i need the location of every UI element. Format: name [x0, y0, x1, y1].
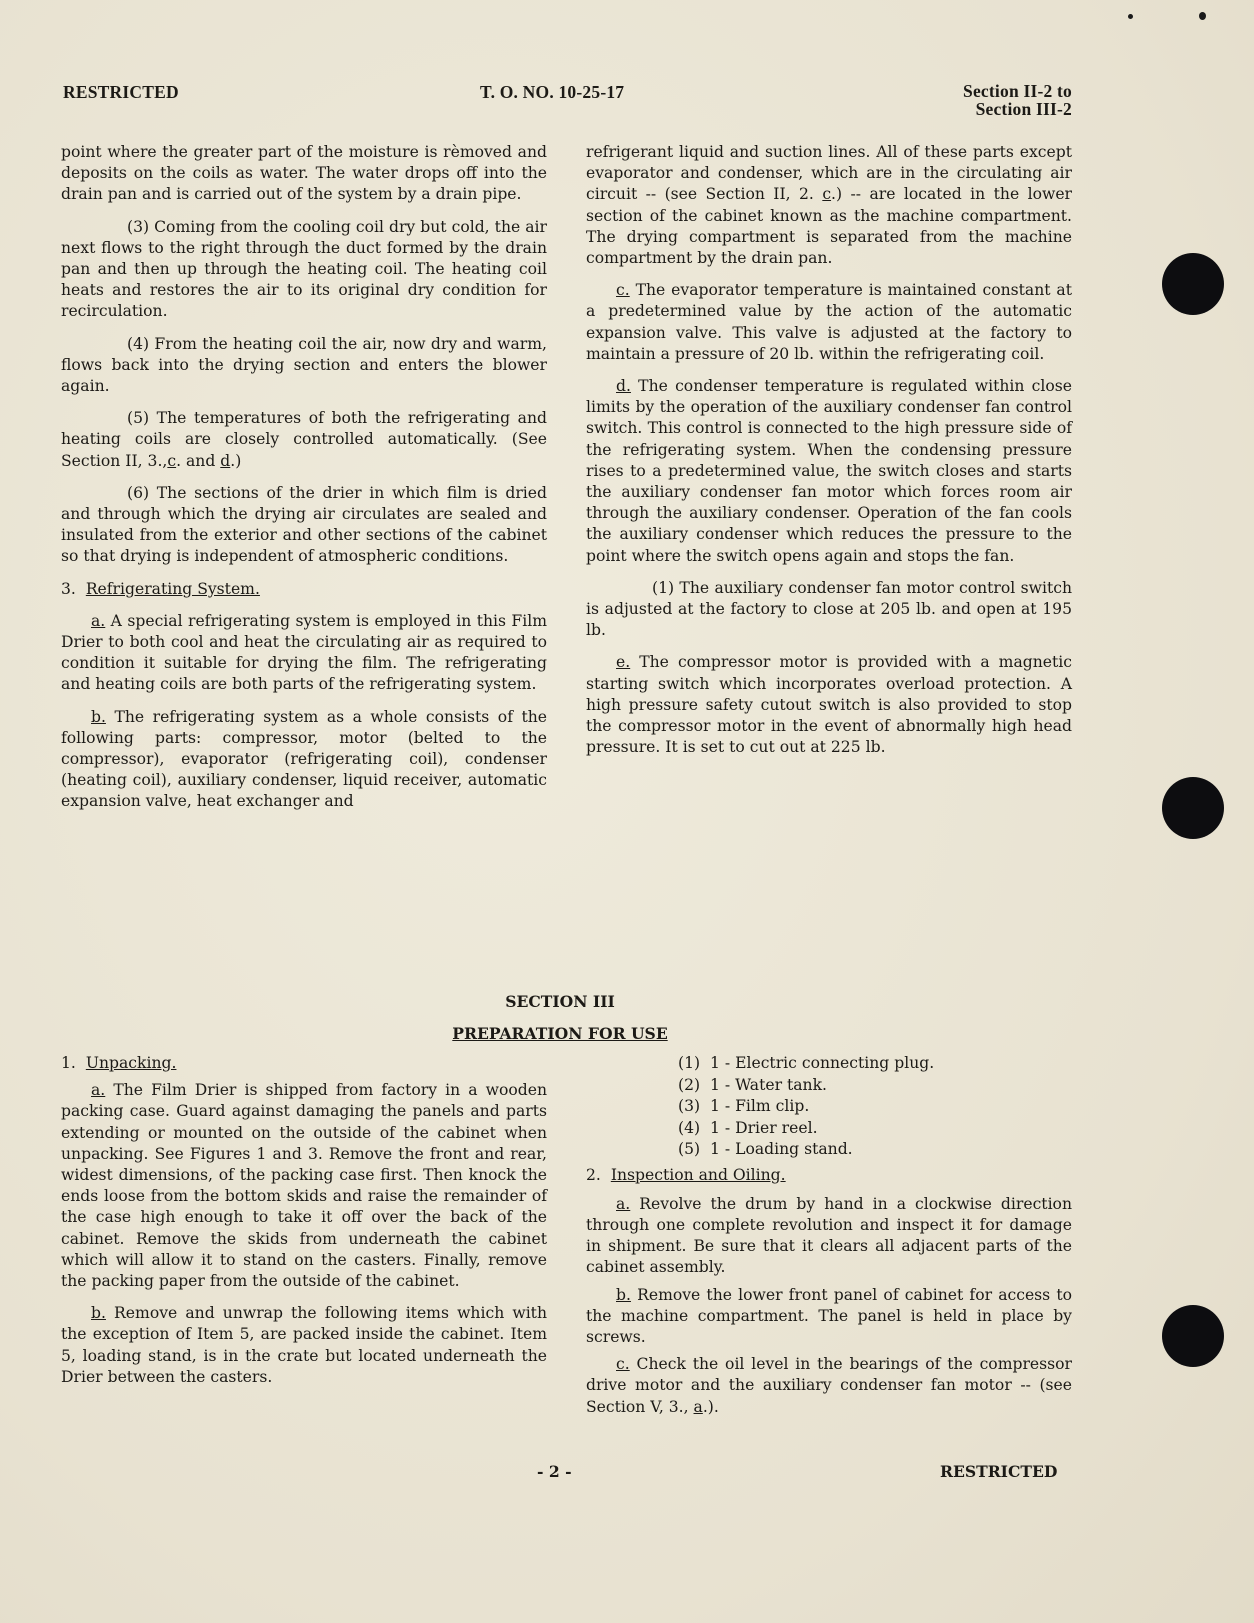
paragraph-a: a. Revolve the drum by hand in a clockwi…: [586, 1194, 1072, 1279]
header-doc-number: T. O. NO. 10-25-17: [480, 82, 624, 103]
paragraph-item-6: (6) The sections of the drier in which f…: [61, 483, 547, 568]
ink-speck: [1199, 12, 1206, 20]
section-subtitle: PREPARATION FOR USE: [0, 1024, 1120, 1043]
heading-inspection-oiling: 2. Inspection and Oiling.: [586, 1165, 1072, 1186]
right-column-bottom: (1)1 - Electric connecting plug. (2)1 - …: [586, 1053, 1072, 1429]
list-item: (4)1 - Drier reel.: [586, 1118, 1072, 1140]
heading-unpacking: 1. Unpacking.: [61, 1053, 547, 1074]
header-section-range: Section II-2 to Section III-2: [963, 82, 1072, 118]
paragraph-item-3: (3) Coming from the cooling coil dry but…: [61, 217, 547, 323]
paragraph-a: a. The Film Drier is shipped from factor…: [61, 1080, 547, 1292]
left-column-top: point where the greater part of the mois…: [61, 142, 547, 824]
binder-punch-hole: [1162, 777, 1224, 839]
header-classification: RESTRICTED: [63, 82, 179, 103]
paragraph-b: b. Remove the lower front panel of cabin…: [586, 1285, 1072, 1349]
paragraph-e: e. The compressor motor is provided with…: [586, 652, 1072, 758]
paragraph-d: d. The condenser temperature is regulate…: [586, 376, 1072, 567]
list-item: (1)1 - Electric connecting plug.: [586, 1053, 1072, 1075]
list-item: (2)1 - Water tank.: [586, 1075, 1072, 1097]
paragraph-d-item-1: (1) The auxiliary condenser fan motor co…: [586, 578, 1072, 642]
paragraph-item-5: (5) The temperatures of both the refrige…: [61, 408, 547, 472]
section-range-line2: Section III-2: [963, 100, 1072, 118]
page-number: - 2 -: [537, 1462, 572, 1481]
footer-classification: RESTRICTED: [940, 1462, 1057, 1481]
heading-refrigerating-system: 3. Refrigerating System.: [61, 579, 547, 600]
right-column-top: refrigerant liquid and suction lines. Al…: [586, 142, 1072, 769]
binder-punch-hole: [1162, 1305, 1224, 1367]
paragraph-c: c. The evaporator temperature is maintai…: [586, 280, 1072, 365]
section-range-line1: Section II-2 to: [963, 82, 1072, 100]
paragraph-b: b. Remove and unwrap the following items…: [61, 1303, 547, 1388]
binder-punch-hole: [1162, 253, 1224, 315]
paragraph-c: c. Check the oil level in the bearings o…: [586, 1354, 1072, 1418]
paragraph: point where the greater part of the mois…: [61, 142, 547, 206]
paragraph-b: b. The refrigerating system as a whole c…: [61, 707, 547, 813]
left-column-bottom: 1. Unpacking. a. The Film Drier is shipp…: [61, 1053, 547, 1399]
list-item: (3)1 - Film clip.: [586, 1096, 1072, 1118]
paragraph-item-4: (4) From the heating coil the air, now d…: [61, 334, 547, 398]
packed-items-list: (1)1 - Electric connecting plug. (2)1 - …: [586, 1053, 1072, 1161]
list-item: (5)1 - Loading stand.: [586, 1139, 1072, 1161]
ink-speck: [1128, 14, 1133, 19]
document-page: RESTRICTED T. O. NO. 10-25-17 Section II…: [0, 0, 1254, 1623]
paragraph: refrigerant liquid and suction lines. Al…: [586, 142, 1072, 269]
section-title: SECTION III: [0, 992, 1120, 1011]
paragraph-a: a. A special refrigerating system is emp…: [61, 611, 547, 696]
